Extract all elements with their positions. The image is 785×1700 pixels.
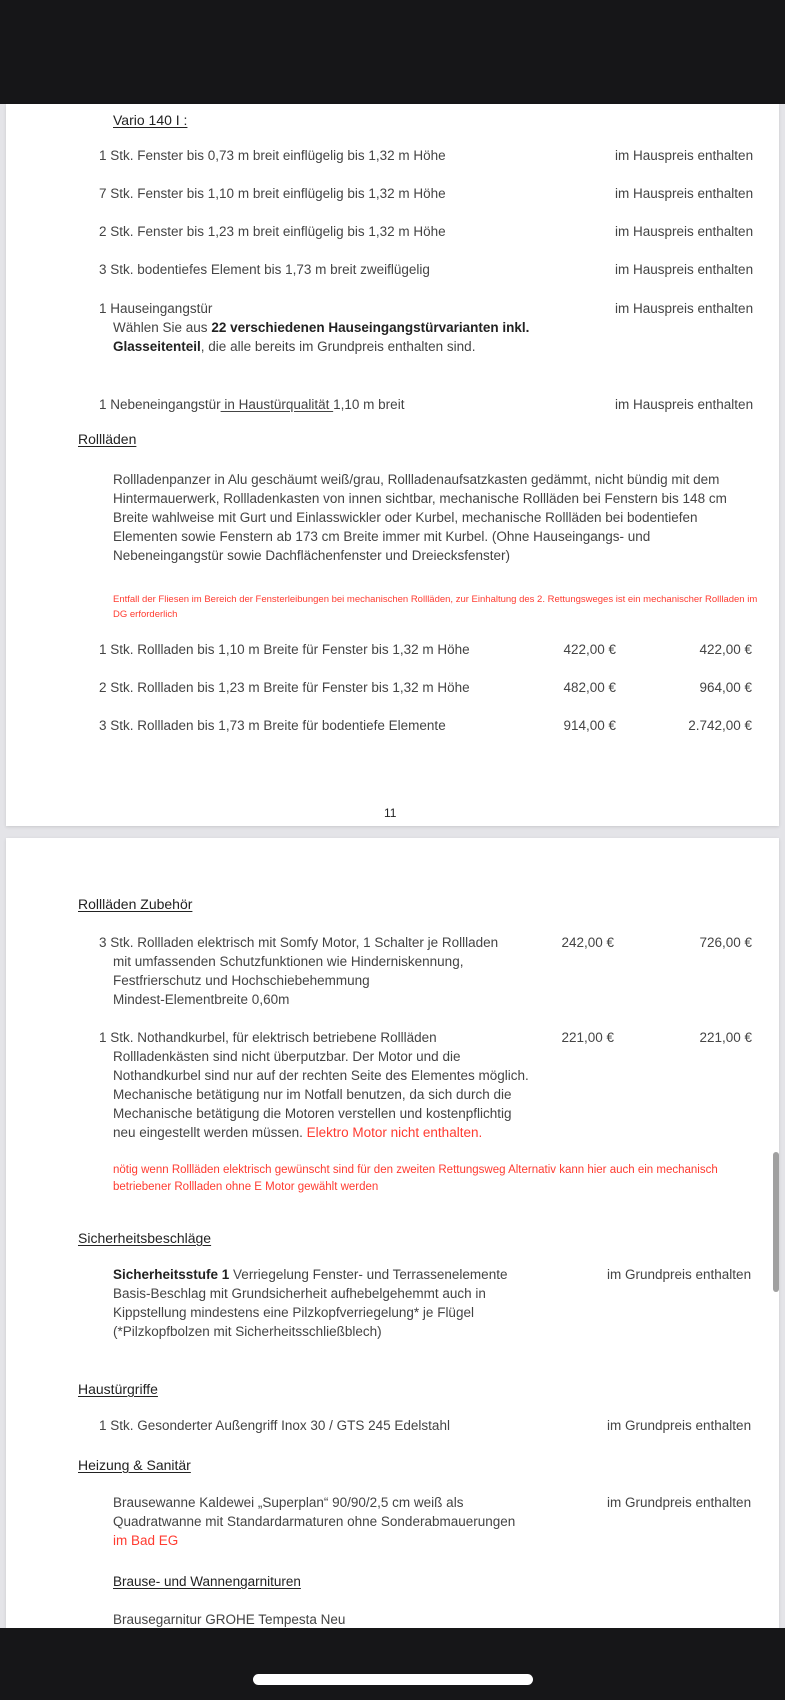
heading-zubehoer: Rollläden Zubehör: [78, 895, 192, 913]
item-unit-price: 221,00 €: [524, 1029, 614, 1047]
item-line: Mindest-Elementbreite 0,60m: [113, 991, 289, 1009]
list-item-text: 1 Stk. Fenster bis 0,73 m breit einflüge…: [99, 147, 446, 165]
heading-haustuergriffe: Haustürgriffe: [78, 1380, 158, 1398]
subheading-garnituren: Brause- und Wannengarnituren: [113, 1573, 301, 1591]
bottom-bar: [0, 1628, 785, 1700]
status-bar: [0, 0, 785, 104]
item-price: im Grundpreis enthalten: [607, 1266, 751, 1284]
section-title-vario: Vario 140 I :: [113, 111, 187, 129]
item-line: (*Pilzkopfbolzen mit Sicherheitsschließb…: [113, 1323, 382, 1341]
table-row-text: 3 Stk. Rollladen bis 1,73 m Breite für b…: [99, 717, 446, 735]
haustuergriff-item: 1 Stk. Gesonderter Außengriff Inox 30 / …: [99, 1417, 450, 1435]
list-item-price: im Hauspreis enthalten: [615, 147, 753, 165]
item-line: Rollladenkästen sind nicht überputzbar. …: [113, 1048, 460, 1066]
table-row-total: 2.742,00 €: [656, 717, 752, 735]
side-door-text: 1 Nebeneingangstür in Haustürqualität 1,…: [99, 396, 404, 414]
haustuergriff-price: im Grundpreis enthalten: [607, 1417, 751, 1435]
table-row-text: 1 Stk. Rollladen bis 1,10 m Breite für F…: [99, 641, 470, 659]
item-line: 1 Stk. Nothandkurbel, für elektrisch bet…: [99, 1029, 437, 1047]
document-page-12: Rollläden Zubehör 3 Stk. Rollladen elekt…: [6, 838, 779, 1628]
document-page-11: Vario 140 I : 1 Stk. Fenster bis 0,73 m …: [6, 104, 779, 826]
table-row-unit-price: 422,00 €: [526, 641, 616, 659]
item-total: 221,00 €: [656, 1029, 752, 1047]
garnitur-item: Brausegarnitur GROHE Tempesta Neu: [113, 1611, 345, 1628]
entrance-door-text: 1 Hauseingangstür: [99, 300, 212, 318]
entrance-door-line2: Wählen Sie aus 22 verschiedenen Hauseing…: [113, 319, 529, 337]
item-line: 3 Stk. Rollladen elektrisch mit Somfy Mo…: [99, 934, 498, 952]
heading-heizung: Heizung & Sanitär: [78, 1456, 191, 1474]
vertical-scrollbar[interactable]: [773, 1152, 779, 1292]
page-number: 11: [384, 804, 396, 822]
item-unit-price: 242,00 €: [524, 934, 614, 952]
table-row-total: 964,00 €: [656, 679, 752, 697]
item-line: Brausewanne Kaldewei „Superplan“ 90/90/2…: [113, 1494, 463, 1512]
item-line: mit umfassenden Schutzfunktionen wie Hin…: [113, 953, 463, 971]
item-line: Festfrierschutz und Hochschiebehemmung: [113, 972, 370, 990]
item-line: Kippstellung mindestens eine Pilzkopfver…: [113, 1304, 474, 1322]
item-line: Mechanische betätigung nur im Notfall be…: [113, 1086, 512, 1104]
item-total: 726,00 €: [656, 934, 752, 952]
list-item-price: im Hauspreis enthalten: [615, 223, 753, 241]
list-item-price: im Hauspreis enthalten: [615, 185, 753, 203]
rollladen-description: Rollladenpanzer in Alu geschäumt weiß/gr…: [113, 470, 733, 565]
rollladen-note: Entfall der Fliesen im Bereich der Fenst…: [113, 592, 763, 622]
item-location: im Bad EG: [113, 1532, 178, 1550]
table-row-unit-price: 914,00 €: [526, 717, 616, 735]
home-indicator[interactable]: [253, 1674, 533, 1685]
table-row-unit-price: 482,00 €: [526, 679, 616, 697]
side-door-price: im Hauspreis enthalten: [615, 396, 753, 414]
list-item-text: 3 Stk. bodentiefes Element bis 1,73 m br…: [99, 261, 430, 279]
item-line: Mechanische betätigung die Motoren verst…: [113, 1105, 512, 1123]
zubehoer-note: nötig wenn Rollläden elektrisch gewünsch…: [113, 1162, 763, 1196]
table-row-total: 422,00 €: [656, 641, 752, 659]
list-item-text: 7 Stk. Fenster bis 1,10 m breit einflüge…: [99, 185, 446, 203]
list-item-text: 2 Stk. Fenster bis 1,23 m breit einflüge…: [99, 223, 446, 241]
item-line: Basis-Beschlag mit Grundsicherheit aufhe…: [113, 1285, 486, 1303]
item-line: Nothandkurbel sind nur auf der rechten S…: [113, 1067, 529, 1085]
heading-rollladen: Rollläden: [78, 430, 136, 448]
item-line: Sicherheitsstufe 1 Verriegelung Fenster-…: [113, 1266, 507, 1284]
list-item-price: im Hauspreis enthalten: [615, 261, 753, 279]
heading-sicherheit: Sicherheitsbeschläge: [78, 1229, 211, 1247]
entrance-door-price: im Hauspreis enthalten: [615, 300, 753, 318]
table-row-text: 2 Stk. Rollladen bis 1,23 m Breite für F…: [99, 679, 470, 697]
entrance-door-line3: Glasseitenteil, die alle bereits im Grun…: [113, 338, 475, 356]
item-price: im Grundpreis enthalten: [607, 1494, 751, 1512]
item-line: neu eingestellt werden müssen. Elektro M…: [113, 1124, 482, 1142]
item-line: Quadratwanne mit Standardarmaturen ohne …: [113, 1513, 515, 1531]
